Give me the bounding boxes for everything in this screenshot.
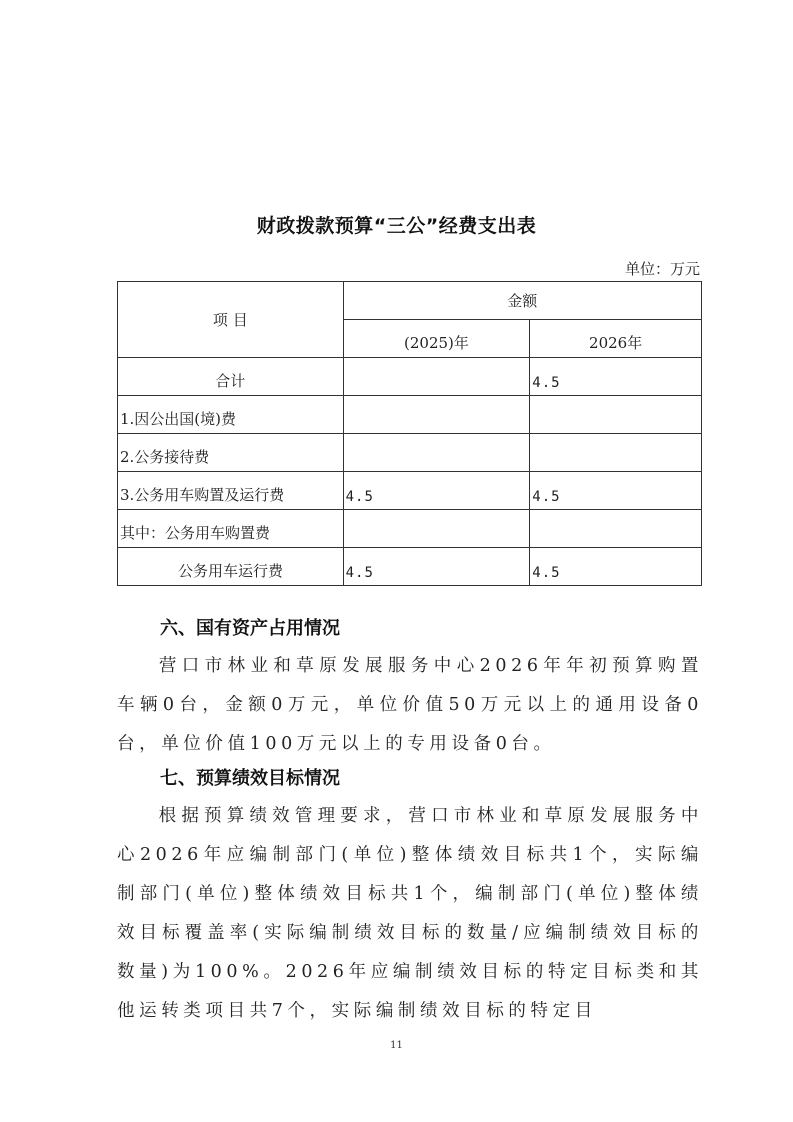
table-title: 财政拨款预算“三公”经费支出表 xyxy=(0,211,793,238)
table-row: 2.公务接待费 xyxy=(118,434,702,472)
row-curr-value: 4.5 xyxy=(530,358,702,396)
row-prev-value xyxy=(343,510,530,548)
table-row: 公务用车运行费 4.5 4.5 xyxy=(118,548,702,586)
row-prev-value: 4.5 xyxy=(343,548,530,586)
row-label-total: 合计 xyxy=(118,358,344,396)
row-prev-value xyxy=(343,396,530,434)
row-label: 公务用车运行费 xyxy=(118,548,344,586)
row-prev-value: 4.5 xyxy=(343,472,530,510)
table-row: 3.公务用车购置及运行费 4.5 4.5 xyxy=(118,472,702,510)
row-curr-value xyxy=(530,396,702,434)
three-public-expenses-table: 项 目 金额 (2025)年 2026年 合计 4.5 1.因公出国(境)费 2… xyxy=(117,281,702,586)
row-curr-value: 4.5 xyxy=(530,548,702,586)
row-prev-value xyxy=(343,358,530,396)
paragraph-text: 营口市林业和草原发展服务中心2026年年初预算购置车辆0台，金额0万元，单位价值… xyxy=(117,656,703,754)
section-paragraph-assets: 营口市林业和草原发展服务中心2026年年初预算购置车辆0台，金额0万元，单位价值… xyxy=(117,647,703,764)
row-curr-value xyxy=(530,434,702,472)
table-row: 1.因公出国(境)费 xyxy=(118,396,702,434)
header-item: 项 目 xyxy=(118,282,344,358)
table-row: 其中：公务用车购置费 xyxy=(118,510,702,548)
unit-label: 单位：万元 xyxy=(625,258,700,279)
section-heading-assets: 六、国有资产占用情况 xyxy=(160,614,340,640)
header-curr-year: 2026年 xyxy=(530,320,702,358)
paragraph-text: 根据预算绩效管理要求，营口市林业和草原发展服务中心2026年应编制部门(单位)整… xyxy=(117,806,703,1021)
row-label: 3.公务用车购置及运行费 xyxy=(118,472,344,510)
row-curr-value xyxy=(530,510,702,548)
row-label: 2.公务接待费 xyxy=(118,434,344,472)
header-amount-group: 金额 xyxy=(343,282,701,320)
header-prev-year: (2025)年 xyxy=(343,320,530,358)
row-label: 其中：公务用车购置费 xyxy=(118,510,344,548)
section-heading-performance: 七、预算绩效目标情况 xyxy=(160,764,340,790)
row-curr-value: 4.5 xyxy=(530,472,702,510)
page-number: 11 xyxy=(0,1040,793,1051)
row-prev-value xyxy=(343,434,530,472)
section-paragraph-performance: 根据预算绩效管理要求，营口市林业和草原发展服务中心2026年应编制部门(单位)整… xyxy=(117,797,703,1031)
row-label: 1.因公出国(境)费 xyxy=(118,396,344,434)
table-row: 合计 4.5 xyxy=(118,358,702,396)
table-header-row-1: 项 目 金额 xyxy=(118,282,702,320)
